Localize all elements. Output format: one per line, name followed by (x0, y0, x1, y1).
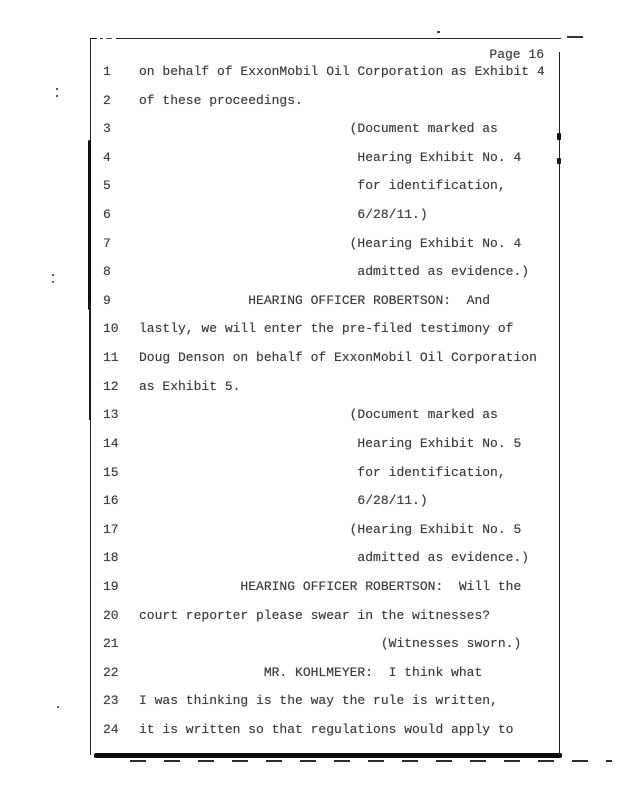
line-text: admitted as evidence.) (139, 551, 529, 565)
line-number: 15 (103, 466, 129, 480)
line-text: for identification, (139, 466, 506, 480)
scan-artifact (52, 274, 54, 276)
scan-artifact (567, 36, 583, 38)
line-number: 1 (103, 65, 129, 79)
line-number: 14 (103, 437, 129, 451)
line-number: 9 (103, 294, 129, 308)
transcript-line: 18 admitted as evidence.) (90, 551, 560, 580)
transcript-line: 5 for identification, (90, 179, 560, 208)
scan-artifact (130, 760, 612, 762)
line-number: 21 (103, 637, 129, 651)
line-text: (Hearing Exhibit No. 5 (139, 523, 521, 537)
scan-artifact (57, 706, 59, 708)
line-text: for identification, (139, 179, 506, 193)
line-text: MR. KOHLMEYER: I think what (139, 666, 482, 680)
transcript-line: 20court reporter please swear in the wit… (90, 609, 560, 638)
transcript-line: 11Doug Denson on behalf of ExxonMobil Oi… (90, 351, 560, 380)
transcript-line: 23I was thinking is the way the rule is … (90, 694, 560, 723)
transcript-line: 9 HEARING OFFICER ROBERTSON: And (90, 294, 560, 323)
line-text: I was thinking is the way the rule is wr… (139, 694, 498, 708)
transcript-line: 8 admitted as evidence.) (90, 265, 560, 294)
line-number: 23 (103, 694, 129, 708)
transcript-line: 22 MR. KOHLMEYER: I think what (90, 666, 560, 695)
line-number: 12 (103, 380, 129, 394)
line-number: 10 (103, 322, 129, 336)
line-number: 24 (103, 723, 129, 737)
line-text: court reporter please swear in the witne… (139, 609, 490, 623)
line-number: 2 (103, 94, 129, 108)
transcript-line: 6 6/28/11.) (90, 208, 560, 237)
line-number: 19 (103, 580, 129, 594)
scanned-transcript-page: Page 16 1on behalf of ExxonMobil Oil Cor… (0, 0, 618, 800)
transcript-lines: 1on behalf of ExxonMobil Oil Corporation… (90, 65, 560, 752)
transcript-line: 12as Exhibit 5. (90, 380, 560, 409)
page-border-top (90, 38, 561, 39)
line-number: 22 (103, 666, 129, 680)
line-text: 6/28/11.) (139, 494, 428, 508)
transcript-line: 16 6/28/11.) (90, 494, 560, 523)
line-text: Doug Denson on behalf of ExxonMobil Oil … (139, 351, 537, 365)
line-text: lastly, we will enter the pre-filed test… (139, 322, 513, 336)
line-number: 6 (103, 208, 129, 222)
line-text: (Hearing Exhibit No. 4 (139, 237, 521, 251)
transcript-line: 17 (Hearing Exhibit No. 5 (90, 523, 560, 552)
line-text: of these proceedings. (139, 94, 303, 108)
line-number: 18 (103, 551, 129, 565)
line-text: admitted as evidence.) (139, 265, 529, 279)
transcript-line: 19 HEARING OFFICER ROBERTSON: Will the (90, 580, 560, 609)
line-text: it is written so that regulations would … (139, 723, 513, 737)
transcript-line: 24it is written so that regulations woul… (90, 723, 560, 752)
line-number: 7 (103, 237, 129, 251)
scan-artifact (437, 31, 440, 33)
line-number: 3 (103, 122, 129, 136)
line-text: Hearing Exhibit No. 5 (139, 437, 521, 451)
transcript-line: 14 Hearing Exhibit No. 5 (90, 437, 560, 466)
line-text: HEARING OFFICER ROBERTSON: And (139, 294, 490, 308)
line-text: 6/28/11.) (139, 208, 428, 222)
transcript-line: 15 for identification, (90, 466, 560, 495)
line-number: 11 (103, 351, 129, 365)
transcript-line: 1on behalf of ExxonMobil Oil Corporation… (90, 65, 560, 94)
line-text: HEARING OFFICER ROBERTSON: Will the (139, 580, 521, 594)
line-text: (Document marked as (139, 408, 498, 422)
transcript-line: 10lastly, we will enter the pre-filed te… (90, 322, 560, 351)
transcript-line: 4 Hearing Exhibit No. 4 (90, 151, 560, 180)
line-text: Hearing Exhibit No. 4 (139, 151, 521, 165)
line-number: 8 (103, 265, 129, 279)
line-text: (Witnesses sworn.) (139, 637, 521, 651)
page-number: Page 16 (90, 48, 559, 62)
line-text: (Document marked as (139, 122, 498, 136)
line-number: 16 (103, 494, 129, 508)
page-border-bottom (94, 753, 562, 758)
transcript-line: 21 (Witnesses sworn.) (90, 637, 560, 666)
line-number: 20 (103, 609, 129, 623)
transcript-line: 13 (Document marked as (90, 408, 560, 437)
line-number: 5 (103, 179, 129, 193)
transcript-line: 3 (Document marked as (90, 122, 560, 151)
line-number: 13 (103, 408, 129, 422)
line-text: as Exhibit 5. (139, 380, 240, 394)
line-number: 17 (103, 523, 129, 537)
scan-artifact (56, 88, 58, 90)
transcript-line: 7 (Hearing Exhibit No. 4 (90, 237, 560, 266)
line-number: 4 (103, 151, 129, 165)
line-text: on behalf of ExxonMobil Oil Corporation … (139, 65, 545, 79)
transcript-line: 2of these proceedings. (90, 94, 560, 123)
